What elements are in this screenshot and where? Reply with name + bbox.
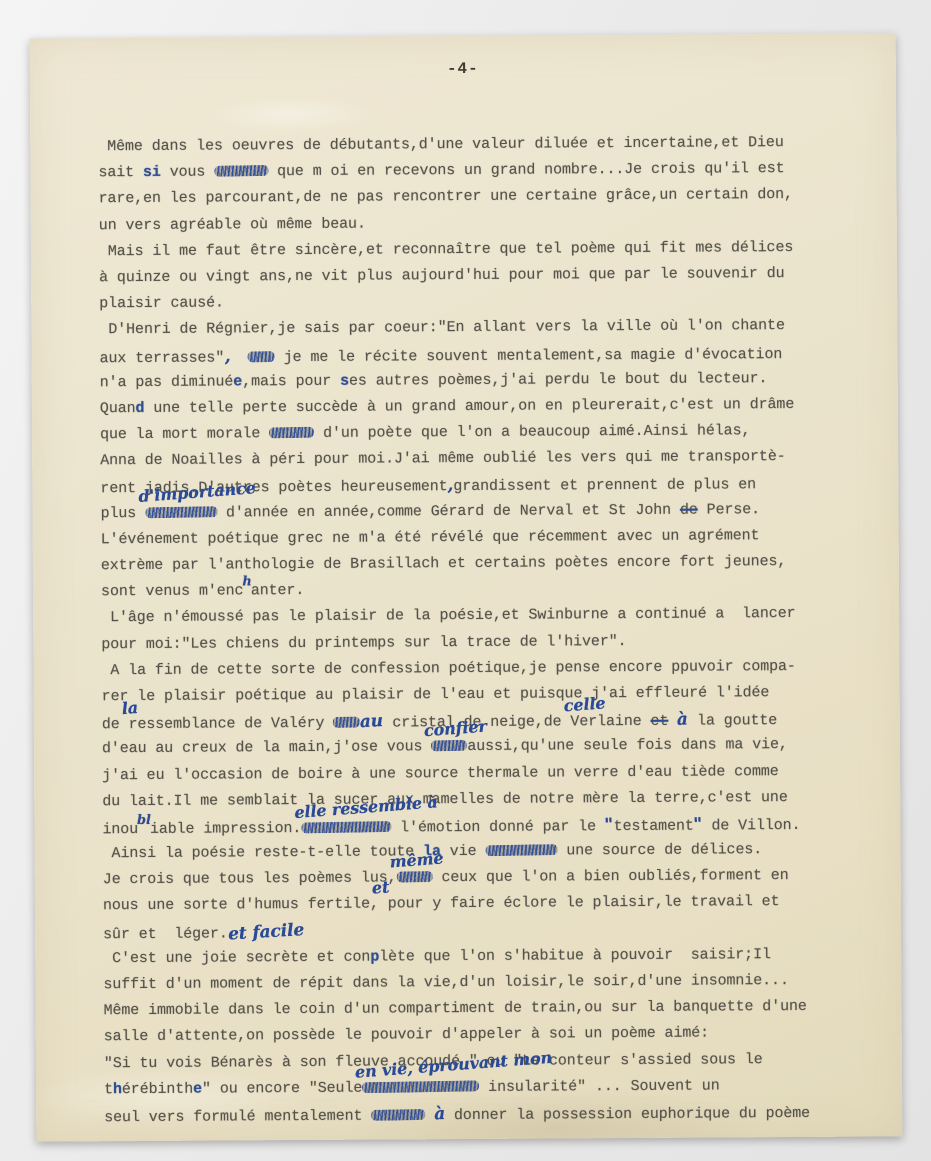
- ink-scribble: [333, 717, 360, 728]
- typed-text: C'est une joie secrète et con: [103, 948, 370, 967]
- handwritten-ink: ,: [447, 472, 454, 498]
- inserted-letter: bl: [137, 813, 151, 828]
- typed-text: érébinth: [122, 1080, 193, 1097]
- ink-scribble: [485, 844, 557, 856]
- typed-text: salle d'attente,on possède le pouvoir d'…: [104, 1025, 709, 1046]
- typed-text-body: Même dans les oeuvres de débutants,d'une…: [98, 130, 868, 1130]
- handwritten-ink: au: [360, 708, 385, 736]
- typed-text: L'événement poétique grec ne m'a été rév…: [101, 527, 760, 548]
- typed-text: que la mort morale: [100, 425, 269, 443]
- text-line: seul vers formulé mentalement à donner l…: [104, 1098, 868, 1129]
- typed-text: je me le récite souvent mentalement,sa m…: [275, 346, 782, 366]
- typed-text: extrème par l'anthologie de Brasillach e…: [101, 553, 787, 574]
- typed-text: anter.: [251, 582, 305, 599]
- typed-text: d'un poète que l'on a beaucoup aimé.Ains…: [314, 422, 750, 442]
- typed-text: du lait.Il me semblait la sucer aux mame…: [102, 789, 788, 810]
- ink-overwritten-text: h: [113, 1081, 122, 1098]
- typed-text: A la fin de cette sorte de confession po…: [101, 658, 795, 679]
- typed-text: sûr et léger.: [103, 925, 228, 943]
- ink-overwritten-text: e: [193, 1080, 202, 1097]
- page-number: -4-: [30, 57, 896, 80]
- typed-text: l'émotion donné par le: [391, 818, 605, 836]
- ink-scribble: [362, 1080, 479, 1093]
- typed-text: nous une sorte d'humus fertile,: [103, 896, 379, 915]
- ink-scribble: [269, 427, 314, 439]
- typed-text: ressemblance de Valéry: [128, 715, 333, 733]
- handwritten-ink: ,: [223, 343, 230, 369]
- typed-text: Même dans les oeuvres de débutants,d'une…: [98, 134, 784, 155]
- typed-text: Perse.: [698, 501, 760, 518]
- typed-text: testament: [614, 817, 694, 834]
- ink-overwritten-text: si: [143, 164, 161, 181]
- typed-text: [425, 1107, 434, 1124]
- typed-text: vous: [161, 164, 215, 181]
- ink-scribble: [301, 821, 391, 833]
- typed-text: d'eau au creux de la main,j'ose vous: [102, 739, 431, 758]
- typed-text: rare,en les parcourant,de ne pas rencont…: [99, 186, 793, 207]
- typed-text: inou: [102, 821, 138, 838]
- ink-scribble: [431, 740, 467, 752]
- typed-text: Je crois que tous les poèmes lus,: [103, 870, 397, 889]
- handwritten-ink: à: [433, 1101, 445, 1128]
- typed-text: d'année en année,comme Gérard de Nerval …: [217, 501, 680, 521]
- typed-text: lète que l'on s'habitue à pouvoir saisir…: [379, 946, 771, 965]
- typed-text: ,mais pour: [242, 372, 340, 390]
- inserted-letter: h: [242, 574, 251, 589]
- typed-text: Quan: [100, 400, 136, 417]
- handwritten-ink: et facile: [227, 917, 305, 948]
- typed-text: es autres poèmes,j'ai perdu le bout du l…: [349, 370, 767, 390]
- ink-scribble: [248, 351, 275, 362]
- ink-scribble: [371, 1109, 425, 1121]
- typed-text: Anna de Noailles à péri pour moi.J'ai mê…: [100, 448, 786, 469]
- ink-overwritten-text: p: [370, 948, 379, 965]
- typed-text: donner la possession euphorique du poème: [445, 1105, 810, 1124]
- typed-text: iable impression.: [150, 820, 301, 838]
- typed-text: L'âge n'émoussé pas le plaisir de la poé…: [101, 605, 795, 626]
- typed-text: aux terrasses": [100, 349, 225, 367]
- typed-text: sont venus m'enc: [101, 583, 244, 601]
- typed-text: ceux que l'on a bien oubliés,forment en: [432, 867, 788, 886]
- typed-text: de Villon.: [702, 817, 800, 835]
- struck-text: et: [650, 713, 668, 730]
- typed-text: t: [104, 1081, 113, 1098]
- typed-text: suffit d'un moment de répit dans la vie,…: [103, 972, 789, 993]
- typed-text: à quinze ou vingt ans,ne vit plus aujour…: [99, 265, 785, 286]
- typed-text: rer le plaisir poétique au plaisir de l'…: [102, 684, 770, 705]
- typed-text: une source de délices.: [557, 841, 762, 859]
- typed-text: n'a pas diminué: [100, 373, 234, 391]
- typed-text: [230, 349, 248, 366]
- typed-text: D'Henri de Régnier,je sais par coeur:"En…: [99, 317, 785, 338]
- handwritten-ink: à: [676, 707, 688, 734]
- typed-text: Ainsi la poésie reste-t-elle toute: [103, 843, 424, 862]
- ink-scribble: [396, 871, 432, 883]
- typed-text: grandissent et prennent de plus en: [453, 477, 756, 496]
- typed-text: aussi,qu'une seule fois dans ma vie,: [467, 736, 788, 755]
- typed-text: plaisir causé.: [99, 295, 224, 313]
- typed-text: sait: [98, 164, 143, 181]
- typed-text: j'ai eu l'occasion de boire à une source…: [102, 763, 779, 784]
- typed-text: insularité" ... Souvent un: [479, 1077, 719, 1095]
- typed-text: pour y faire éclore le plaisir,le travai…: [379, 894, 780, 913]
- typed-text: un vers agréable où même beau.: [99, 215, 366, 234]
- ink-overwritten-text: d: [135, 400, 144, 417]
- handwritten-ink: ": [604, 812, 614, 839]
- typed-text: la goutte: [688, 712, 777, 730]
- typed-text: " ou encore "Seule: [202, 1079, 362, 1097]
- ink-overwritten-text: s: [340, 372, 349, 389]
- typed-text: Même immobile dans le coin d'un comparti…: [104, 998, 807, 1019]
- handwritten-ink: ": [693, 811, 703, 838]
- manuscript-page: -4- Même dans les oeuvres de débutants,d…: [30, 33, 903, 1141]
- ink-scribble: [145, 506, 217, 518]
- ink-scribble: [214, 165, 268, 177]
- typed-text: vie: [441, 843, 486, 860]
- typed-text: seul vers formulé mentalement: [104, 1108, 371, 1127]
- typed-text: une telle perte succède à un grand amour…: [144, 396, 794, 417]
- struck-text: de: [680, 501, 698, 518]
- typed-text: pour moi:"Les chiens du printemps sur la…: [101, 633, 626, 653]
- typed-text: Mais il me faut être sincère,et reconnaî…: [99, 239, 793, 260]
- typed-text: que m oi en recevons un grand nombre...J…: [268, 160, 784, 180]
